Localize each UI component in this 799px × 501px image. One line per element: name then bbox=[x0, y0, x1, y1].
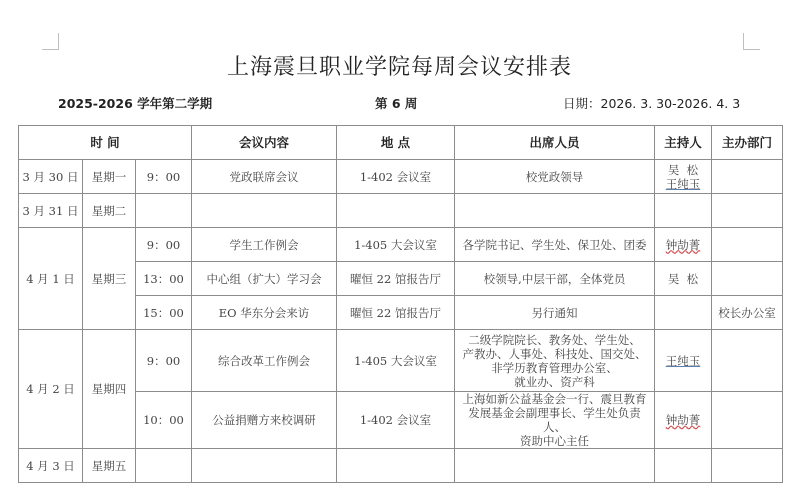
organizer-cell bbox=[712, 194, 783, 228]
host-cell: 钟劼菁 bbox=[655, 392, 712, 449]
time-cell: 15：00 bbox=[136, 296, 192, 330]
location-cell: 1-402 会议室 bbox=[337, 160, 455, 194]
host-name: 吴 松 bbox=[657, 163, 709, 177]
date-cell: 3 月 30 日 bbox=[19, 160, 83, 194]
organizer-cell bbox=[712, 392, 783, 449]
table-row: 4 月 1 日 星期三 9：00 学生工作例会 1-405 大会议室 各学院书记… bbox=[19, 228, 783, 262]
location-cell: 1-405 大会议室 bbox=[337, 228, 455, 262]
header-time: 时 间 bbox=[19, 126, 192, 160]
host-name: 王纯玉 bbox=[657, 177, 709, 191]
organizer-cell bbox=[712, 160, 783, 194]
attendees-cell bbox=[455, 449, 655, 483]
content-cell: 综合改革工作例会 bbox=[192, 330, 337, 392]
header-attendees: 出席人员 bbox=[455, 126, 655, 160]
host-cell: 钟劼菁 bbox=[655, 228, 712, 262]
table-row: 3 月 31 日 星期二 bbox=[19, 194, 783, 228]
weekday-cell: 星期一 bbox=[83, 160, 136, 194]
weekday-cell: 星期四 bbox=[83, 330, 136, 449]
location-cell bbox=[337, 449, 455, 483]
header-organizer: 主办部门 bbox=[712, 126, 783, 160]
attendees-cell: 上海如新公益基金会一行、震旦教育 发展基金会副理事长、学生处负责人、 资助中心主… bbox=[455, 392, 655, 449]
organizer-cell bbox=[712, 330, 783, 392]
content-cell: 中心组（扩大）学习会 bbox=[192, 262, 337, 296]
attendees-line: 非学历教育管理办公室、 bbox=[457, 361, 652, 375]
organizer-cell: 校长办公室 bbox=[712, 296, 783, 330]
time-cell: 9：00 bbox=[136, 228, 192, 262]
location-cell: 曜恒 22 馆报告厅 bbox=[337, 262, 455, 296]
time-cell bbox=[136, 449, 192, 483]
organizer-cell bbox=[712, 228, 783, 262]
attendees-line: 产教办、人事处、科技处、国交处、 bbox=[457, 347, 652, 361]
header-location: 地 点 bbox=[337, 126, 455, 160]
attendees-cell: 另行通知 bbox=[455, 296, 655, 330]
table-header-row: 时 间 会议内容 地 点 出席人员 主持人 主办部门 bbox=[19, 126, 783, 160]
document-title: 上海震旦职业学院每周会议安排表 bbox=[0, 50, 799, 81]
location-cell: 1-405 大会议室 bbox=[337, 330, 455, 392]
header-host: 主持人 bbox=[655, 126, 712, 160]
host-cell: 王纯玉 bbox=[655, 330, 712, 392]
weekday-cell: 星期五 bbox=[83, 449, 136, 483]
content-cell bbox=[192, 194, 337, 228]
attendees-line: 发展基金会副理事长、学生处负责人、 bbox=[457, 406, 652, 434]
host-cell bbox=[655, 194, 712, 228]
attendees-cell bbox=[455, 194, 655, 228]
organizer-cell bbox=[712, 262, 783, 296]
date-cell: 3 月 31 日 bbox=[19, 194, 83, 228]
host-cell bbox=[655, 449, 712, 483]
attendees-cell: 各学院书记、学生处、保卫处、团委 bbox=[455, 228, 655, 262]
host-cell: 吴 松 王纯玉 bbox=[655, 160, 712, 194]
week-number: 第 6 周 bbox=[375, 94, 417, 112]
content-cell: 公益捐赠方来校调研 bbox=[192, 392, 337, 449]
host-cell: 吴 松 bbox=[655, 262, 712, 296]
attendees-line: 二级学院院长、教务处、学生处、 bbox=[457, 333, 652, 347]
content-cell: 学生工作例会 bbox=[192, 228, 337, 262]
attendees-line: 就业办、资产科 bbox=[457, 375, 652, 389]
weekday-cell: 星期二 bbox=[83, 194, 136, 228]
weekday-cell: 星期三 bbox=[83, 228, 136, 330]
meeting-schedule-table: 时 间 会议内容 地 点 出席人员 主持人 主办部门 3 月 30 日 星期一 … bbox=[18, 125, 783, 483]
date-cell: 4 月 2 日 bbox=[19, 330, 83, 449]
academic-term: 2025-2026 学年第二学期 bbox=[58, 94, 212, 112]
location-text: 曜恒 22 馆报告厅 bbox=[350, 272, 441, 286]
time-cell: 9：00 bbox=[136, 160, 192, 194]
page-corner-mark-top-right bbox=[743, 33, 760, 50]
date-cell: 4 月 1 日 bbox=[19, 228, 83, 330]
host-name: 王纯玉 bbox=[666, 354, 701, 368]
header-content: 会议内容 bbox=[192, 126, 337, 160]
content-cell: 党政联席会议 bbox=[192, 160, 337, 194]
table-row: 4 月 2 日 星期四 9：00 综合改革工作例会 1-405 大会议室 二级学… bbox=[19, 330, 783, 392]
table-row: 3 月 30 日 星期一 9：00 党政联席会议 1-402 会议室 校党政领导… bbox=[19, 160, 783, 194]
time-cell: 13：00 bbox=[136, 262, 192, 296]
page-corner-mark-top-left bbox=[42, 33, 59, 50]
host-cell bbox=[655, 296, 712, 330]
location-text: 曜恒 22 馆报告厅 bbox=[350, 306, 441, 320]
time-cell: 10：00 bbox=[136, 392, 192, 449]
organizer-cell bbox=[712, 449, 783, 483]
time-cell: 9：00 bbox=[136, 330, 192, 392]
location-cell: 1-402 会议室 bbox=[337, 392, 455, 449]
attendees-line: 资助中心主任 bbox=[457, 434, 652, 448]
host-name: 钟劼菁 bbox=[666, 238, 701, 252]
attendees-cell: 二级学院院长、教务处、学生处、 产教办、人事处、科技处、国交处、 非学历教育管理… bbox=[455, 330, 655, 392]
location-cell: 曜恒 22 馆报告厅 bbox=[337, 296, 455, 330]
date-cell: 4 月 3 日 bbox=[19, 449, 83, 483]
attendees-cell: 校领导,中层干部，全体党员 bbox=[455, 262, 655, 296]
host-name: 钟劼菁 bbox=[666, 413, 701, 427]
attendees-line: 上海如新公益基金会一行、震旦教育 bbox=[457, 392, 652, 406]
content-cell bbox=[192, 449, 337, 483]
date-range: 日期：2026. 3. 30-2026. 4. 3 bbox=[563, 94, 740, 112]
location-cell bbox=[337, 194, 455, 228]
attendees-cell: 校党政领导 bbox=[455, 160, 655, 194]
time-cell bbox=[136, 194, 192, 228]
content-cell: EO 华东分会来访 bbox=[192, 296, 337, 330]
table-row: 4 月 3 日 星期五 bbox=[19, 449, 783, 483]
